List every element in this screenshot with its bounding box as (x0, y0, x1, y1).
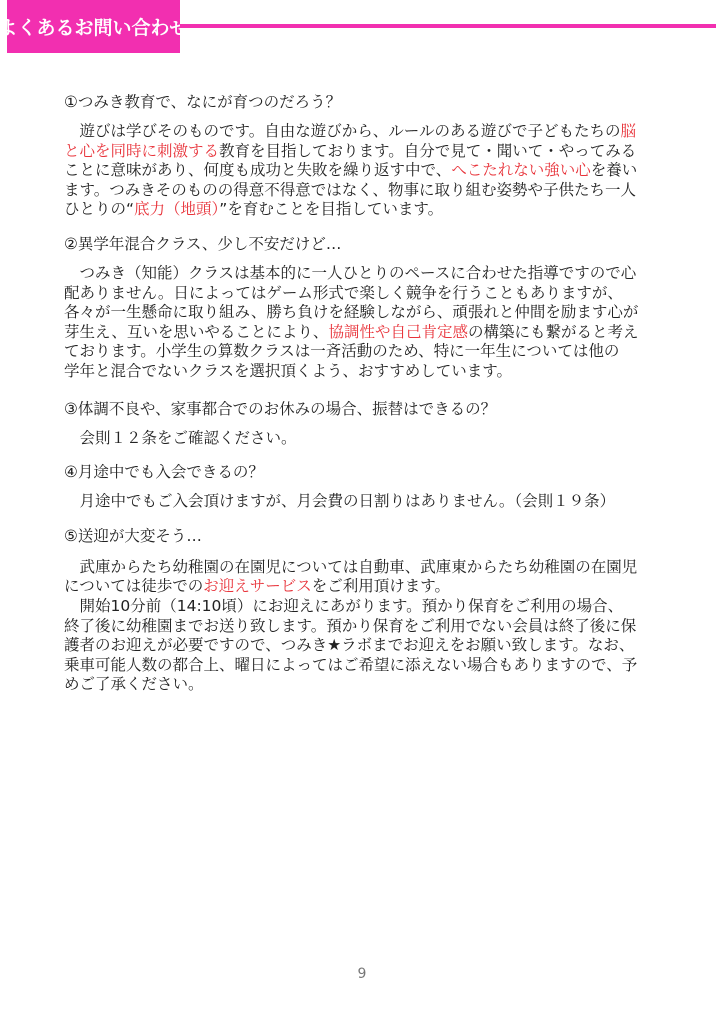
answer-text: ことに意味があり、何度も成功と失敗を繰り返す中で、 (64, 161, 451, 179)
highlighted-text: 協調性や自己肯定感 (328, 323, 468, 341)
answer-text: については徒歩での (64, 577, 203, 595)
answer-text: ます。つみきそのものの得意不得意ではなく、物事に取り組む姿勢や子供たち一人 (64, 181, 636, 199)
highlighted-text: へこたれない強い心 (451, 161, 591, 179)
faq-answer: 遊びは学びそのものです。自由な遊びから、ルールのある遊びで子どもたちの脳と心を同… (64, 122, 654, 220)
faq-item-2: ②異学年混合クラス、少し不安だけど… つみき（知能）クラスは基本的に一人ひとりの… (64, 234, 654, 382)
answer-text: 護者のお迎えが必要ですので、つみき★ラボまでお迎えをお願い致します。なお、 (64, 636, 634, 654)
answer-text: 芽生え、互いを思いやることにより、 (64, 323, 328, 341)
header-divider-line (180, 24, 716, 28)
section-header-box: よくあるお問い合わせ (7, 0, 180, 53)
answer-line: 各々が一生懸命に取り組み、勝ち負けを経験しながら、頑張れと仲間を励ます心が (64, 303, 654, 323)
faq-item-1: ①つみき教育で、なにが育つのだろう？ 遊びは学びそのものです。自由な遊びから、ル… (64, 92, 654, 220)
faq-list: ①つみき教育で、なにが育つのだろう？ 遊びは学びそのものです。自由な遊びから、ル… (64, 92, 654, 695)
answer-text: 学年と混合でないクラスを選択頂くよう、おすすめしています。 (64, 362, 512, 380)
answer-line: めご了承ください。 (64, 675, 654, 695)
answer-line: ます。つみきそのものの得意不得意ではなく、物事に取り組む姿勢や子供たち一人 (64, 181, 654, 201)
answer-line: 学年と混合でないクラスを選択頂くよう、おすすめしています。 (64, 362, 654, 382)
answer-text: をご利用頂けます。 (312, 577, 450, 595)
answer-text: 月途中でもご入会頂けますが、月会費の日割りはありません。（会則１９条） (64, 492, 615, 510)
answer-text: ております。小学生の算数クラスは一斉活動のため、特に一年生については他の (64, 342, 619, 360)
faq-question: ④月途中でも入会できるの？ (64, 462, 654, 482)
answer-line: つみき（知能）クラスは基本的に一人ひとりのペースに合わせた指導ですので心 (64, 264, 654, 284)
answer-line: 遊びは学びそのものです。自由な遊びから、ルールのある遊びで子どもたちの脳 (64, 122, 654, 142)
answer-text: ひとりの“ (64, 200, 134, 218)
answer-text: を養い (591, 161, 638, 179)
answer-line: 開始10分前（14:10頃）にお迎えにあがります。預かり保育をご利用の場合、 (64, 597, 654, 617)
answer-text: つみき（知能）クラスは基本的に一人ひとりのペースに合わせた指導ですので心 (64, 264, 636, 282)
highlighted-text: お迎えサービス (203, 577, 312, 595)
highlighted-text: 底力（地頭） (134, 200, 219, 218)
faq-question: ⑤送迎が大変そう… (64, 526, 654, 546)
page-number: 9 (0, 966, 724, 982)
answer-line: ております。小学生の算数クラスは一斉活動のため、特に一年生については他の (64, 342, 654, 362)
answer-line: 会則１２条をご確認ください。 (64, 429, 654, 449)
answer-text: 乗車可能人数の都合上、曜日によってはご希望に添えない場合もありますので、予 (64, 656, 637, 674)
answer-text: めご了承ください。 (64, 675, 204, 693)
faq-answer: 月途中でもご入会頂けますが、月会費の日割りはありません。（会則１９条） (64, 492, 654, 512)
faq-question: ③体調不良や、家事都合でのお休みの場合、振替はできるの？ (64, 399, 654, 419)
answer-line: 芽生え、互いを思いやることにより、協調性や自己肯定感の構築にも繋がると考え (64, 323, 654, 343)
answer-text: 終了後に幼稚園までお送り致します。預かり保育をご利用でない会員は終了後に保 (64, 617, 636, 635)
answer-line: ひとりの“底力（地頭）”を育むことを目指しています。 (64, 200, 654, 220)
answer-line: 乗車可能人数の都合上、曜日によってはご希望に添えない場合もありますので、予 (64, 656, 654, 676)
answer-text: 遊びは学びそのものです。自由な遊びから、ルールのある遊びで子どもたちの (64, 122, 620, 140)
faq-item-5: ⑤送迎が大変そう… 武庫からたち幼稚園の在園児については自動車、武庫東からたち幼… (64, 526, 654, 695)
answer-line: 武庫からたち幼稚園の在園児については自動車、武庫東からたち幼稚園の在園児 (64, 558, 654, 578)
answer-text: 各々が一生懸命に取り組み、勝ち負けを経験しながら、頑張れと仲間を励ます心が (64, 303, 638, 321)
answer-text: 開始10分前（14:10頃）にお迎えにあがります。預かり保育をご利用の場合、 (64, 597, 623, 615)
answer-text: 配ありません。日によってはゲーム形式で楽しく競争を行うこともありますが、 (64, 284, 623, 302)
answer-text: の構築にも繋がると考え (468, 323, 639, 341)
faq-item-4: ④月途中でも入会できるの？ 月途中でもご入会頂けますが、月会費の日割りはありませ… (64, 462, 654, 512)
faq-answer: つみき（知能）クラスは基本的に一人ひとりのペースに合わせた指導ですので心配ありま… (64, 264, 654, 382)
answer-line: 配ありません。日によってはゲーム形式で楽しく競争を行うこともありますが、 (64, 284, 654, 304)
answer-text: 武庫からたち幼稚園の在園児については自動車、武庫東からたち幼稚園の在園児 (64, 558, 637, 576)
faq-answer: 会則１２条をご確認ください。 (64, 429, 654, 449)
answer-text: 教育を目指しております。自分で見て・聞いて・やってみる (219, 142, 636, 160)
answer-line: と心を同時に刺激する教育を目指しております。自分で見て・聞いて・やってみる (64, 142, 654, 162)
section-title: よくあるお問い合わせ (0, 13, 189, 40)
faq-answer: 武庫からたち幼稚園の在園児については自動車、武庫東からたち幼稚園の在園児について… (64, 558, 654, 695)
answer-line: 護者のお迎えが必要ですので、つみき★ラボまでお迎えをお願い致します。なお、 (64, 636, 654, 656)
answer-text: 会則１２条をご確認ください。 (64, 429, 297, 447)
faq-item-3: ③体調不良や、家事都合でのお休みの場合、振替はできるの？ 会則１２条をご確認くだ… (64, 399, 654, 449)
answer-line: ことに意味があり、何度も成功と失敗を繰り返す中で、へこたれない強い心を養い (64, 161, 654, 181)
highlighted-text: 脳 (620, 122, 636, 140)
answer-line: 終了後に幼稚園までお送り致します。預かり保育をご利用でない会員は終了後に保 (64, 617, 654, 637)
answer-line: 月途中でもご入会頂けますが、月会費の日割りはありません。（会則１９条） (64, 492, 654, 512)
faq-question: ①つみき教育で、なにが育つのだろう？ (64, 92, 654, 112)
answer-text: ”を育むことを目指しています。 (219, 200, 443, 218)
faq-question: ②異学年混合クラス、少し不安だけど… (64, 234, 654, 254)
highlighted-text: と心を同時に刺激する (64, 142, 219, 160)
answer-line: については徒歩でのお迎えサービスをご利用頂けます。 (64, 577, 654, 597)
